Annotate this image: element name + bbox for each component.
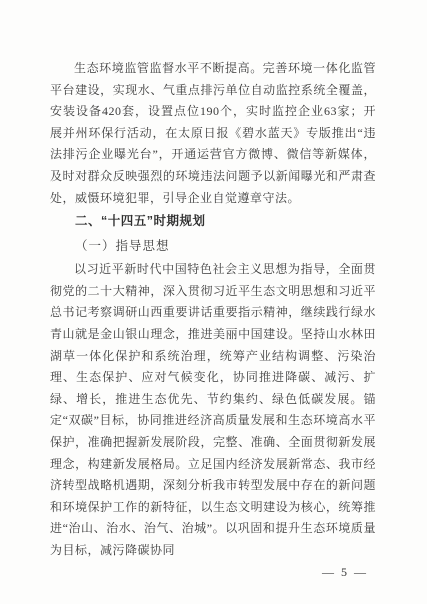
text-block: 生态环境监管监督水平不断提高。完善环境一体化监管平台建设，实现水、气重点排污单位…	[50, 58, 376, 580]
section-heading-14th-five-year-plan: 二、“十四五”时期规划	[50, 209, 376, 234]
paragraph-environment-monitoring: 生态环境监管监督水平不断提高。完善环境一体化监管平台建设，实现水、气重点排污单位…	[50, 58, 376, 209]
subsection-heading-guiding-ideology: （一）指导思想	[50, 234, 376, 259]
document-page: 生态环境监管监督水平不断提高。完善环境一体化监管平台建设，实现水、气重点排污单位…	[0, 0, 427, 604]
paragraph-guiding-ideology-body: 以习近平新时代中国特色社会主义思想为指导，全面贯彻党的二十大精神，深入贯彻习近平…	[50, 259, 376, 561]
page-number: — 5 —	[50, 565, 376, 580]
